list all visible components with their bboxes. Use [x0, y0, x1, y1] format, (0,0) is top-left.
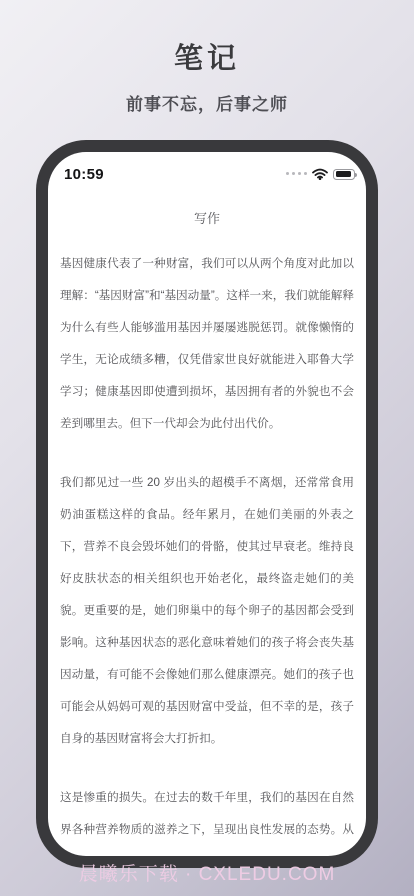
note-paragraph: 我们都见过一些 20 岁出头的超模手不离烟，还常常食用奶油蛋糕这样的食品。经年累… [60, 467, 354, 755]
battery-icon [333, 169, 355, 180]
note-paragraph: 基因健康代表了一种财富，我们可以从两个角度对此加以理解：“基因财富”和“基因动量… [60, 248, 354, 440]
note-title: 写作 [48, 208, 366, 227]
note-body[interactable]: 基因健康代表了一种财富，我们可以从两个角度对此加以理解：“基因财富”和“基因动量… [48, 227, 366, 856]
status-time: 10:59 [64, 166, 104, 183]
phone-screen: 10:59 [48, 152, 366, 856]
page-header: 笔记 前事不忘，后事之师 [0, 0, 414, 115]
page-canvas: 笔记 前事不忘，后事之师 10:59 [0, 0, 414, 896]
page-title: 笔记 [0, 36, 414, 77]
status-bar: 10:59 [48, 152, 366, 185]
page-subtitle: 前事不忘，后事之师 [0, 90, 414, 115]
phone-frame: 10:59 [36, 140, 378, 868]
watermark-text: 晨曦乐下载 · CXLEDU.COM [0, 859, 414, 886]
note-paragraph: 这是惨重的损失。在过去的数千年里，我们的基因在自然界各种营养物质的滋养之下，呈现… [60, 782, 354, 856]
status-icons [286, 168, 355, 180]
cellular-signal-icon [286, 172, 307, 176]
wifi-icon [312, 168, 328, 180]
